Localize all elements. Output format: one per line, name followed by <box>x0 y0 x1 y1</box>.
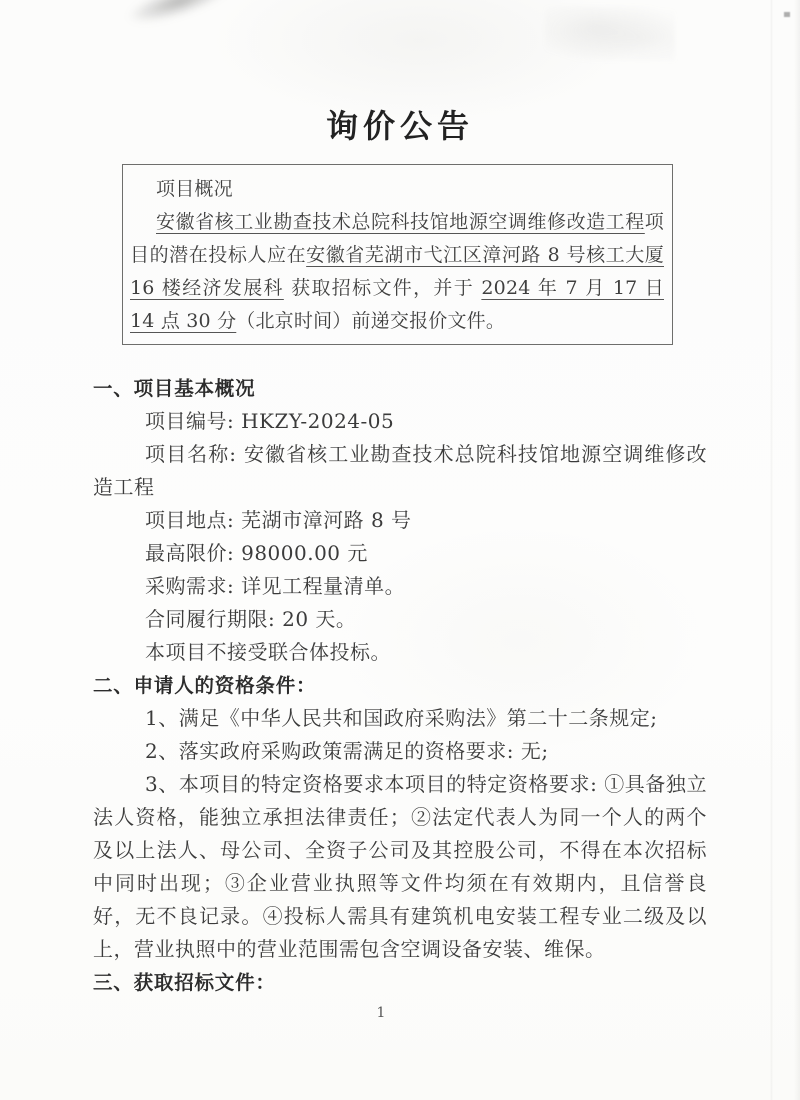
no-consortium-line: 本项目不接受联合体投标。 <box>93 636 707 669</box>
overview-project-name-underlined: 安徽省核工业勘查技术总院科技馆地源空调维修改造工程 <box>156 211 645 233</box>
scan-speck <box>784 12 790 17</box>
scan-ghost-bleedthrough <box>545 6 675 61</box>
project-location-line: 项目地点: 芜湖市漳河路 8 号 <box>93 504 707 537</box>
page-number: 1 <box>0 1005 762 1021</box>
qualification-item-3: 3、本项目的特定资格要求本项目的特定资格要求: ①具备独立法人资格，能独立承担法… <box>93 768 707 966</box>
document-title: 询价公告 <box>0 0 800 145</box>
overview-box-heading: 项目概况 <box>156 173 664 206</box>
qualification-item-2: 2、落实政府采购政策需满足的资格要求: 无; <box>93 735 707 768</box>
contract-period-line: 合同履行期限: 20 天。 <box>93 603 707 636</box>
document-body: 一、项目基本概况 项目编号: HKZY-2024-05 项目名称: 安徽省核工业… <box>93 372 707 999</box>
project-number-line: 项目编号: HKZY-2024-05 <box>93 405 707 438</box>
scan-edge-shadow <box>794 0 800 1100</box>
overview-box-paragraph: 安徽省核工业勘查技术总院科技馆地源空调维修改造工程项目的潜在投标人应在安徽省芜湖… <box>130 206 664 338</box>
section3-heading: 三、获取招标文件： <box>93 966 707 999</box>
section1-heading: 一、项目基本概况 <box>93 372 707 405</box>
overview-text-segment: （北京时间）前递交报价文件。 <box>236 310 505 332</box>
scan-crease-line <box>770 0 773 1100</box>
project-overview-box: 项目概况 安徽省核工业勘查技术总院科技馆地源空调维修改造工程项目的潜在投标人应在… <box>122 164 673 345</box>
price-ceiling-line: 最高限价: 98000.00 元 <box>93 537 707 570</box>
project-name-line: 项目名称: 安徽省核工业勘查技术总院科技馆地源空调维修改造工程 <box>93 438 707 504</box>
scanned-document-page: 询价公告 项目概况 安徽省核工业勘查技术总院科技馆地源空调维修改造工程项目的潜在… <box>0 0 800 1100</box>
qualification-item-1: 1、满足《中华人民共和国政府采购法》第二十二条规定; <box>93 702 707 735</box>
overview-text-segment: 获取招标文件，并于 <box>284 277 482 299</box>
procurement-demand-line: 采购需求: 详见工程量清单。 <box>93 570 707 603</box>
section2-heading: 二、申请人的资格条件： <box>93 669 707 702</box>
